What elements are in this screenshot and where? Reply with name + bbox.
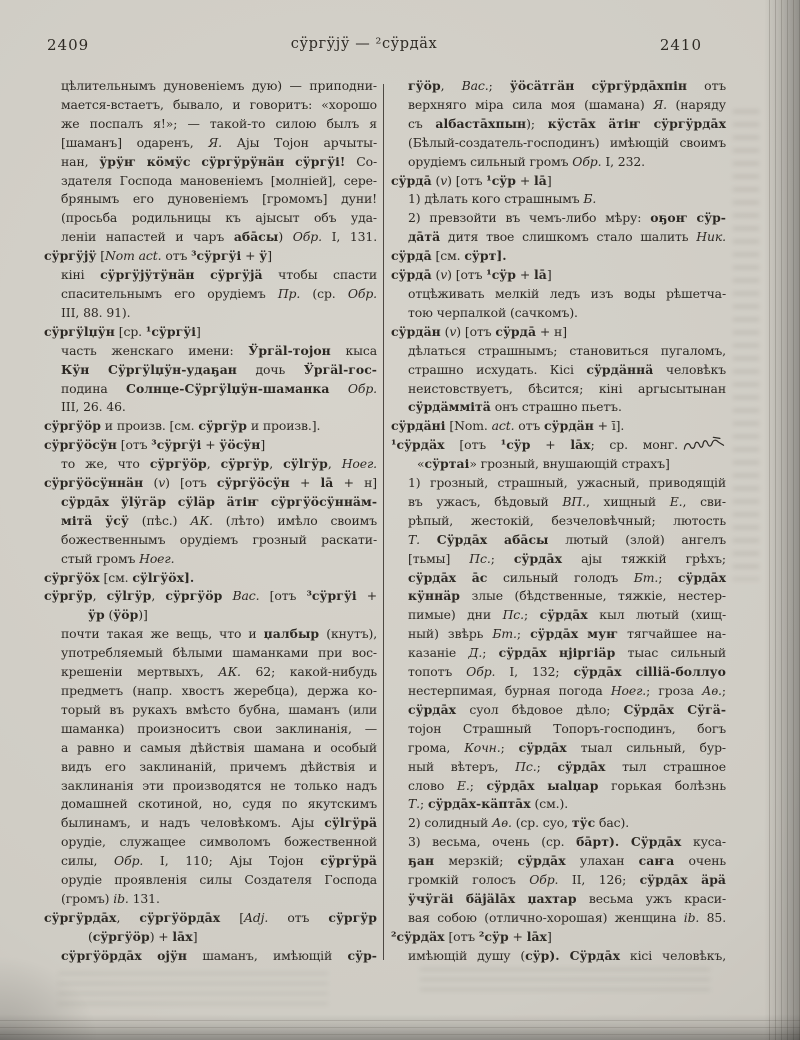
page-showthrough xyxy=(733,110,759,580)
dictionary-entry: сӱрдā [см. сӱрт]. xyxy=(391,247,726,266)
text-line: почти такая же вещь, что и џалбыр (кнутъ… xyxy=(44,625,377,644)
text-line: мітä ӱсӱ (пѣс.) АК. (лѣто) имѣло своимъ xyxy=(44,512,377,531)
text-line: божественнымъ орудіемъ грозный раскати- xyxy=(44,531,377,550)
corner-shadow xyxy=(0,920,140,1040)
text-line: часть женскаго имени: Ӱргäl-тоjон кыса xyxy=(44,342,377,361)
dictionary-entry: сӱрдäн (v) [отъ сӱрдā + н]дѣлаться страш… xyxy=(391,323,726,418)
text-line: орудіе проявленія силы Создателя Господа xyxy=(44,871,377,890)
text-line: здателя Господа мановеніемъ [молніей], с… xyxy=(44,172,377,191)
text-line: Т.; сӱрдāх-кäптāх (см.). xyxy=(391,795,726,814)
text-line: дѣлаться страшнымъ; становиться пугаломъ… xyxy=(391,342,726,361)
text-line: верхняго міра сила моя (шамана) Я. (наря… xyxy=(391,96,726,115)
text-line: ный вѣтеръ, Пс.; сӱрдāх тыл страшное xyxy=(391,758,726,777)
entry-headword-line: сӱргӱӧсӱн [отъ ³сӱргӱі + ӱӧсӱн] xyxy=(44,436,377,455)
entry-headword-line: сӱргӱlџӱн [ср. ¹сӱргӱі] xyxy=(44,323,377,342)
text-line: отцѣживать мелкій ледъ изъ воды рѣшетча- xyxy=(391,285,726,304)
entry-headword-line: сӱрдäн (v) [отъ сӱрдā + н] xyxy=(391,323,726,342)
page-edge-right-shading xyxy=(764,0,800,1040)
page-showthrough xyxy=(420,968,710,998)
right-text-column: гӱӧр, Вас.; ӱӧсäтгäн сӱргӱрдāхпін отъвер… xyxy=(391,77,726,966)
page-number-right: 2410 xyxy=(660,36,702,54)
text-line: нан, ӱрӱҥ кӧмӱс сӱргӱрӱнäн сӱргӱі! Со- xyxy=(44,153,377,172)
text-line: громкій голосъ Обр. II, 126; сӱрдāх äрä xyxy=(391,871,726,890)
text-line: [тьмы] Пс.; сӱрдāх аjы тяжкій грѣхъ; xyxy=(391,550,726,569)
text-line: 1) грозный, страшный, ужасный, приводящі… xyxy=(391,474,726,493)
dictionary-entry: ¹сӱрдäх [отъ ¹сӱр + lāх; ср. монг.«сӱрта… xyxy=(391,436,726,928)
text-line: цѣлительнымъ дуновеніемъ дую) — приподни… xyxy=(44,77,377,96)
dictionary-entry: сӱргӱӧсӱннäн (v) [отъ сӱргӱӧсӱн + lā + н… xyxy=(44,474,377,569)
text-line: торый въ рукахъ вмѣсто бубна, шаманъ (ил… xyxy=(44,701,377,720)
text-line: 2) превзойти въ чемъ-либо мѣру: оҕоҥ сӱр… xyxy=(391,209,726,228)
text-line: то же, что сӱргӱӧр, сӱргӱр, сӱlгӱр, Ноег… xyxy=(44,455,377,474)
text-line: III, 26. 46. xyxy=(44,398,377,417)
dictionary-entry: гӱӧр, Вас.; ӱӧсäтгäн сӱргӱрдāхпін отъвер… xyxy=(391,77,726,172)
entry-headword-line: сӱргӱӧр и произв. [см. сӱргӱр и произв.]… xyxy=(44,417,377,436)
text-line: 2) солидный Аѳ. (ср. суо, тӱс бас). xyxy=(391,814,726,833)
text-line: (Бѣлый-создатель-господинъ) имѣющій свои… xyxy=(391,134,726,153)
text-line: былинамъ, и надъ человѣкомъ. Аjы сӱlгӱрä xyxy=(44,814,377,833)
text-line: кӱннäр злые (бѣдственные, тяжкіе, нестер… xyxy=(391,587,726,606)
text-line: въ ужасъ, бѣдовый ВП., хищный Е., сви- xyxy=(391,493,726,512)
text-line: сӱрдāх суол бѣдовое дѣло; Сӱрдāх Сӱгä- xyxy=(391,701,726,720)
entry-headword-line: ¹сӱрдäх [отъ ¹сӱр + lāх; ср. монг. xyxy=(391,436,726,455)
text-line: неистовствуетъ, бѣсится; кіні аргысытына… xyxy=(391,380,726,399)
text-line: сӱрдāх ӱlӱгäр сӱläр äтіҥ сӱргӱӧсӱннäм- xyxy=(44,493,377,512)
entry-headword-line: сӱргӱӧх [см. сӱlгӱӧх]. xyxy=(44,569,377,588)
text-line: мается-встаетъ, бывало, и говоритъ: «хор… xyxy=(44,96,377,115)
text-line: сӱрдāх āс сильный голодъ Бт.; сӱрдāх xyxy=(391,569,726,588)
page-header: 2409 сӱргӱjӱ — ²сӱрдäх 2410 xyxy=(0,36,764,58)
dictionary-entry: ²сӱрдäх [отъ ²сӱр + lāх]имѣющій душу (сӱ… xyxy=(391,928,726,966)
entry-headword-line: сӱрдā [см. сӱрт]. xyxy=(391,247,726,266)
dictionary-entry: сӱргӱӧсӱн [отъ ³сӱргӱі + ӱӧсӱн]то же, чт… xyxy=(44,436,377,474)
dictionary-entry: сӱргӱlџӱн [ср. ¹сӱргӱі]часть женскаго им… xyxy=(44,323,377,418)
text-line: топотъ Обр. I, 132; сӱрдāх cilliä-боллуо xyxy=(391,663,726,682)
mongolian-script-glyph xyxy=(681,434,727,455)
text-line: грома, Кочн.; сӱрдāх тыал сильный, бур- xyxy=(391,739,726,758)
text-line: же поспалъ я!»; — такой-то силою былъ я xyxy=(44,115,377,134)
text-line: крешеніи мертвыхъ, АК. 62; какой-нибудь xyxy=(44,663,377,682)
text-line: (громъ) ib. 131. xyxy=(44,890,377,909)
text-line: силы, Обр. I, 110; Аjы Тоjон сӱргӱрä xyxy=(44,852,377,871)
text-line: слово Е.; сӱрдāх ыаlџар горькая болѣзнь xyxy=(391,777,726,796)
text-line: Кӱн Сӱргӱlџӱн-удаҕан дочь Ӱргäl-гос- xyxy=(44,361,377,380)
dictionary-entry: цѣлительнымъ дуновеніемъ дую) — приподни… xyxy=(44,77,377,247)
text-line: а равно и самыя дѣйствія шамана и особый xyxy=(44,739,377,758)
text-line: 1) дѣлать кого страшнымъ Б. xyxy=(391,190,726,209)
text-line: кіні сӱргӱjӱтӱнäн сӱргӱjä чтобы спасти xyxy=(44,266,377,285)
text-line: ӱр (ӱӧр)] xyxy=(44,606,377,625)
text-line: ӱчӱгäі бäjälāх џахтар весьма ужъ краси- xyxy=(391,890,726,909)
entry-headword-line: сӱргӱjӱ [Nom act. отъ ³сӱргӱі + ӱ] xyxy=(44,247,377,266)
text-line: вая собою (отлично-хорошая) женщина ib. … xyxy=(391,909,726,928)
text-line: заклинанія эти производятся не только на… xyxy=(44,777,377,796)
dictionary-entry: сӱрдā (v) [отъ ¹сӱр + lā]отцѣживать мелк… xyxy=(391,266,726,323)
text-line: предметъ (напр. хвостъ жеребца), держа к… xyxy=(44,682,377,701)
entry-headword-line: сӱрдā (v) [отъ ¹сӱр + lā] xyxy=(391,266,726,285)
text-line: пимые) дни Пс.; сӱрдāх кыл лютый (хищ- xyxy=(391,606,726,625)
text-line: видъ его заклинаній, причемъ дѣйствія и xyxy=(44,758,377,777)
dictionary-entry: сӱргӱӧр и произв. [см. сӱргӱр и произв.]… xyxy=(44,417,377,436)
text-line: употребляемый бѣлыми шаманками при вос- xyxy=(44,644,377,663)
text-line: III, 88. 91). xyxy=(44,304,377,323)
text-line: подина Солнце-Сӱргӱlџӱн-шаманка Обр. xyxy=(44,380,377,399)
text-line: спасительнымъ его орудіемъ Пр. (ср. Обр. xyxy=(44,285,377,304)
text-line: «сӱртаі» грозный, внушающій страхъ] xyxy=(391,455,726,474)
column-divider-rule xyxy=(383,84,384,960)
entry-headword-line: сӱргӱӧсӱннäн (v) [отъ сӱргӱӧсӱн + lā + н… xyxy=(44,474,377,493)
text-line: дāтä дитя твое слишкомъ стало шалить Ник… xyxy=(391,228,726,247)
running-head: сӱргӱjӱ — ²сӱрдäх xyxy=(0,36,728,52)
text-line: домашней скотиной, но, судя по якутскимъ xyxy=(44,795,377,814)
text-line: ҕан мерзкій; сӱрдāх улахан саҥа очень xyxy=(391,852,726,871)
entry-headword-line: сӱрдäні [Nom. act. отъ сӱрдäн + ī]. xyxy=(391,417,726,436)
dictionary-entry: сӱргӱр, сӱlгӱр, сӱргӱӧр Вас. [отъ ³сӱргӱ… xyxy=(44,587,377,908)
text-line: казаніе Д.; сӱрдāх нjіргіäр тыас сильный xyxy=(391,644,726,663)
dictionary-entry: сӱрдā (v) [отъ ¹сӱр + lā]1) дѣлать кого … xyxy=(391,172,726,248)
left-text-column: цѣлительнымъ дуновеніемъ дую) — приподни… xyxy=(44,77,377,966)
text-line: съ аlбастāхпын); кӱстāх äтіҥ сӱргӱрдāх xyxy=(391,115,726,134)
text-line: леніи напастей и чаръ абāсы) Обр. I, 131… xyxy=(44,228,377,247)
text-line: [шаманъ] одаренъ, Я. Аjы Тоjон арчыты- xyxy=(44,134,377,153)
dictionary-entry: сӱргӱӧх [см. сӱlгӱӧх]. xyxy=(44,569,377,588)
text-line: имѣющій душу (сӱр). Сӱрдāх кісі человѣкъ… xyxy=(391,947,726,966)
text-line: брянымъ его дуновеніемъ [громомъ] дуни! xyxy=(44,190,377,209)
dictionary-entry: сӱрдäні [Nom. act. отъ сӱрдäн + ī]. xyxy=(391,417,726,436)
text-line: стый громъ Ноег. xyxy=(44,550,377,569)
entry-headword-line: сӱргӱр, сӱlгӱр, сӱргӱӧр Вас. [отъ ³сӱргӱ… xyxy=(44,587,377,606)
text-line: орудіе, служащее символомъ божественной xyxy=(44,833,377,852)
text-line: гӱӧр, Вас.; ӱӧсäтгäн сӱргӱрдāхпін отъ xyxy=(391,77,726,96)
text-line: ный) звѣрь Бт.; сӱрдāх муҥ тягчайшее на- xyxy=(391,625,726,644)
text-line: Т. Сӱрдāх абāсы лютый (злой) ангелъ xyxy=(391,531,726,550)
text-line: тоjон Страшный Топоръ-господинъ, богъ xyxy=(391,720,726,739)
text-line: нестерпимая, бурная погода Ноег.; гроза … xyxy=(391,682,726,701)
text-line: страшно исхудать. Кісі сӱрдäннä человѣкъ xyxy=(391,361,726,380)
text-line: шаманка) произноситъ свои заклинанія, — xyxy=(44,720,377,739)
scanned-dictionary-page: 2409 сӱргӱjӱ — ²сӱрдäх 2410 цѣлительнымъ… xyxy=(0,0,800,1040)
text-line: тою черпалкой (сачкомъ). xyxy=(391,304,726,323)
text-line: рѣпый, жестокій, безчеловѣчный; лютость xyxy=(391,512,726,531)
text-line: 3) весьма, очень (ср. бāрт). Сӱрдāх куса… xyxy=(391,833,726,852)
entry-headword-line: ²сӱрдäх [отъ ²сӱр + lāх] xyxy=(391,928,726,947)
entry-headword-line: сӱрдā (v) [отъ ¹сӱр + lā] xyxy=(391,172,726,191)
dictionary-entry: сӱргӱjӱ [Nom act. отъ ³сӱргӱі + ӱ]кіні с… xyxy=(44,247,377,323)
text-line: (просьба родильницы къ аjысыт объ уда- xyxy=(44,209,377,228)
text-line: сӱрдäммітä онъ страшно пьетъ. xyxy=(391,398,726,417)
text-line: орудіемъ сильный громъ Обр. I, 232. xyxy=(391,153,726,172)
